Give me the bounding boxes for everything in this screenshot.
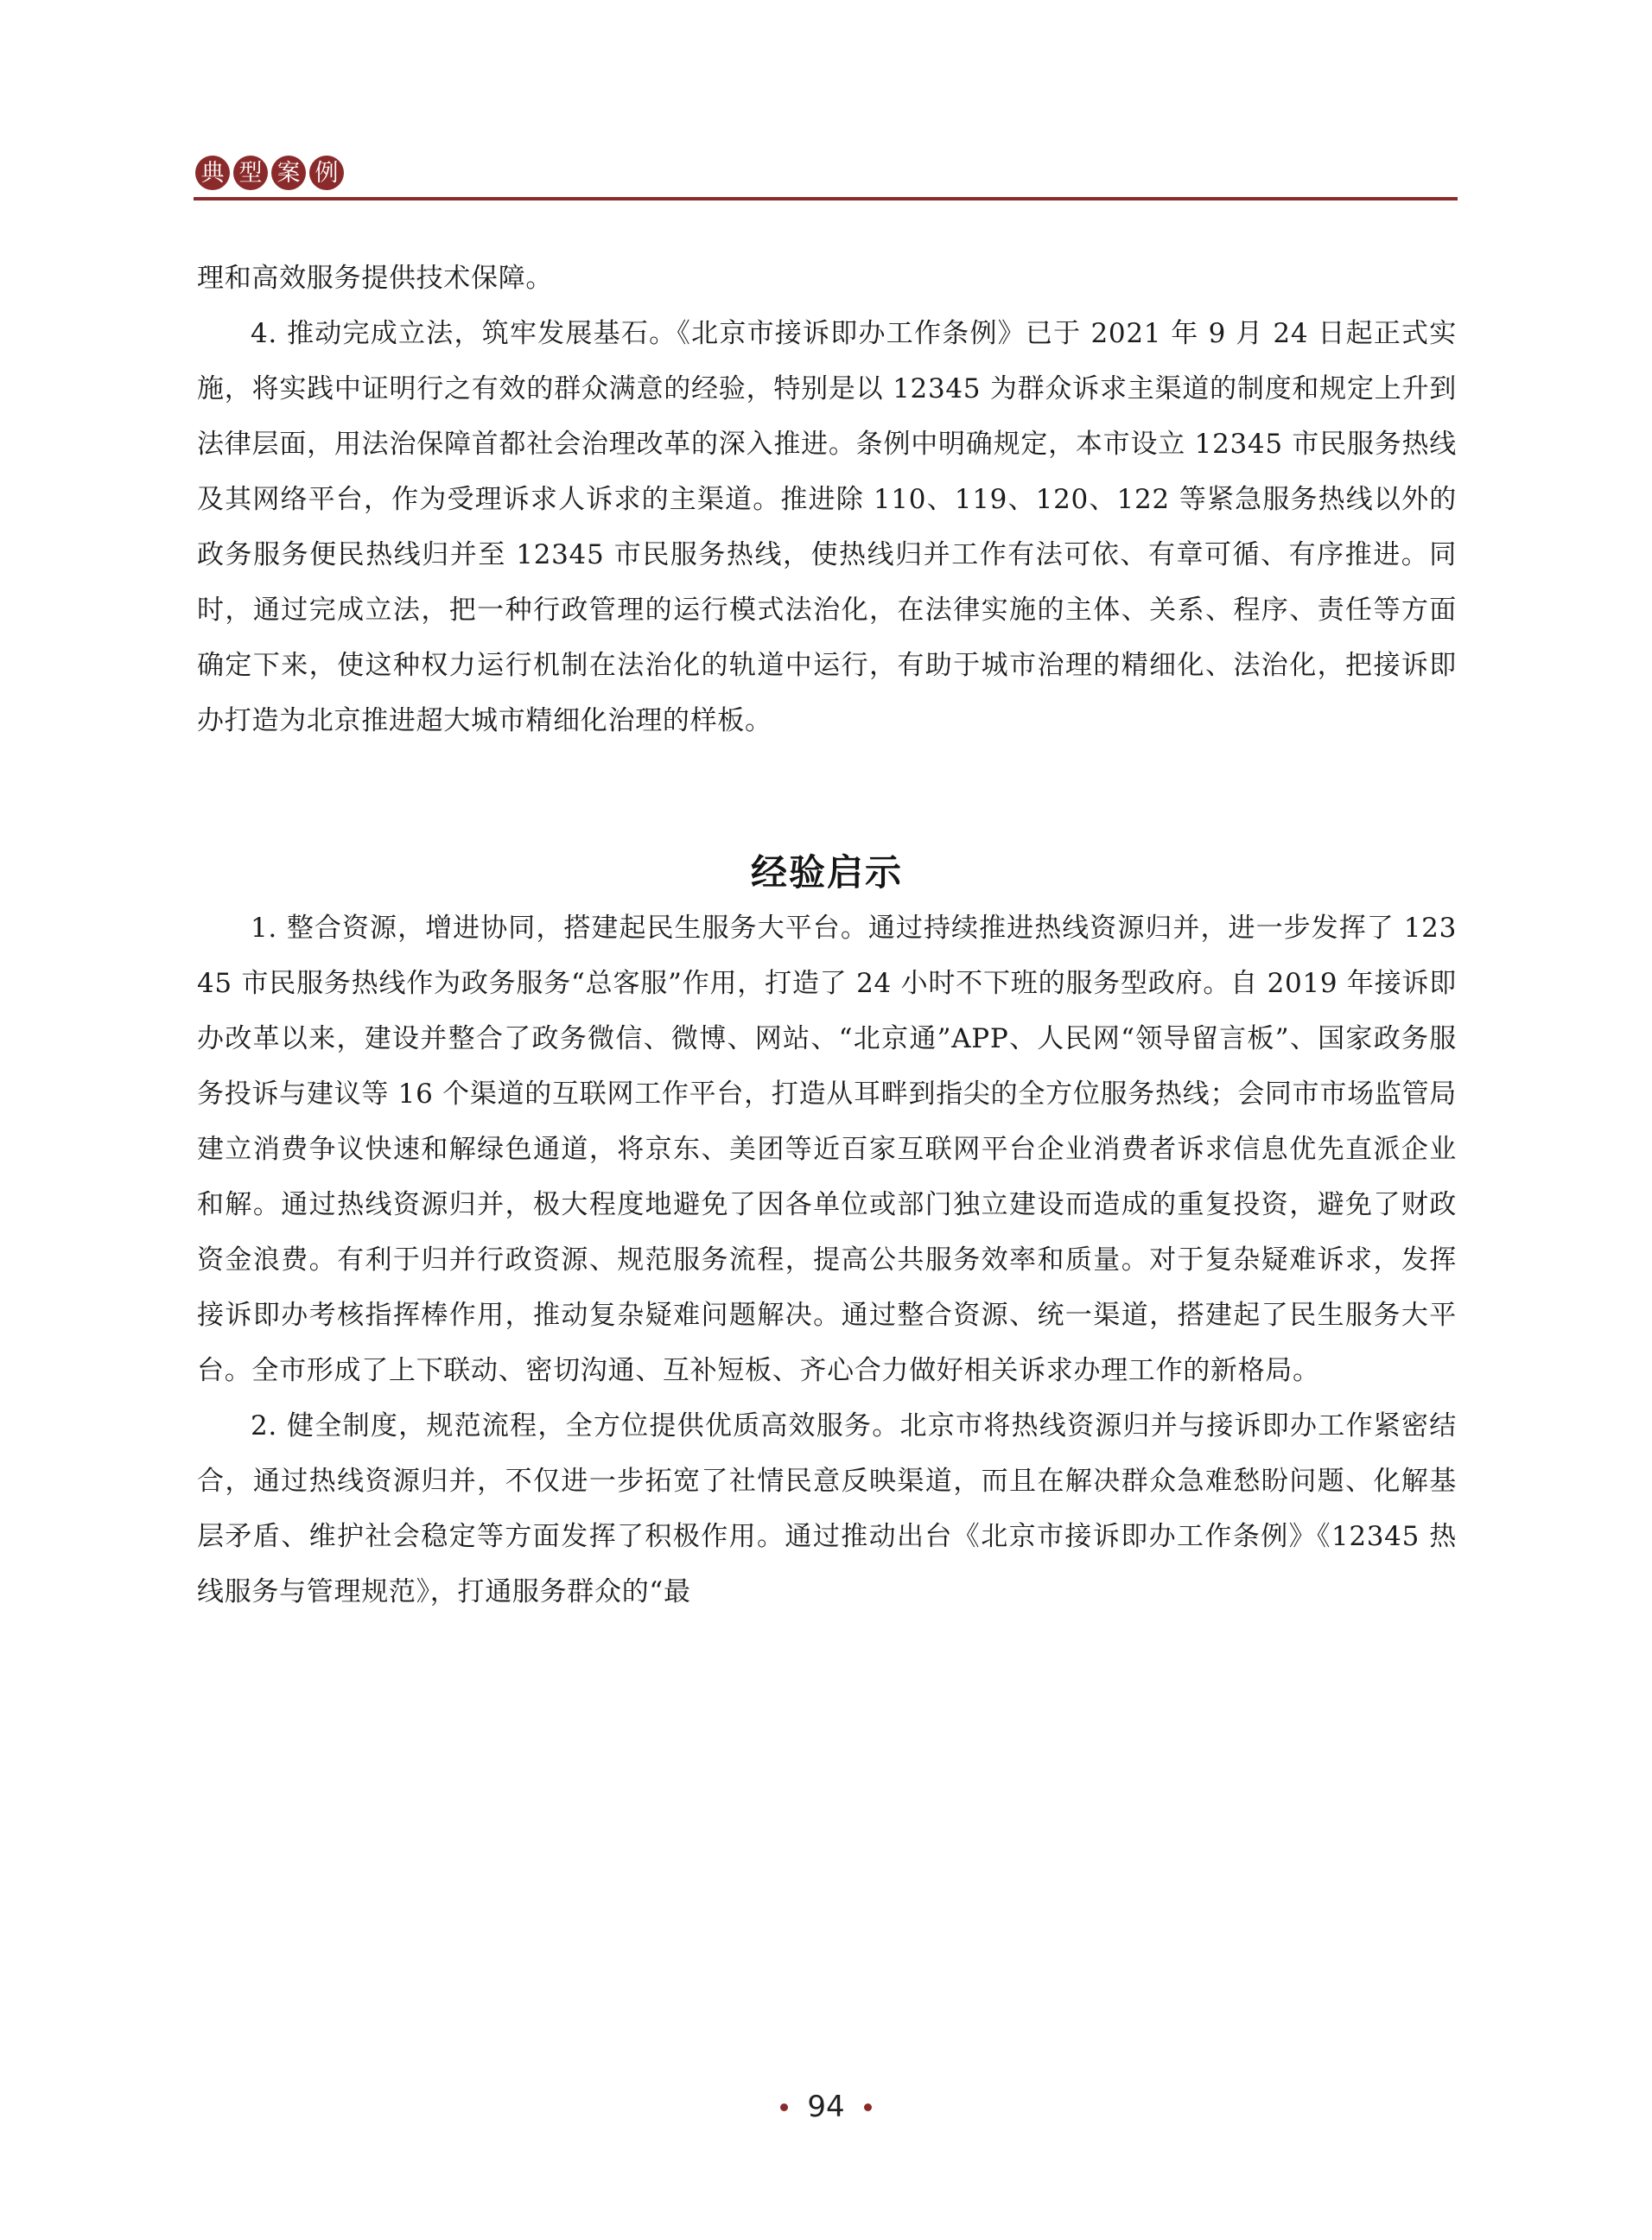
header-badge: 型	[233, 156, 268, 190]
paragraph-continuation: 理和高效服务提供技术保障。	[197, 251, 1457, 306]
header-badge: 典	[195, 156, 230, 190]
section-header-badges: 典 型 案 例	[195, 156, 344, 190]
bullet-dot-icon	[864, 2103, 872, 2111]
page-number: 94	[0, 2090, 1652, 2124]
header-badge: 例	[309, 156, 344, 190]
page-number-text: 94	[807, 2090, 844, 2124]
header-badge: 案	[271, 156, 306, 190]
paragraph-legislation: 4. 推动完成立法，筑牢发展基石。《北京市接诉即办工作条例》已于 2021 年 …	[197, 306, 1457, 748]
paragraph-lesson-1: 1. 整合资源，增进协同，搭建起民生服务大平台。通过持续推进热线资源归并，进一步…	[197, 900, 1457, 1398]
header-divider	[194, 197, 1458, 200]
section-heading: 经验启示	[197, 748, 1457, 900]
page-body: 理和高效服务提供技术保障。 4. 推动完成立法，筑牢发展基石。《北京市接诉即办工…	[197, 251, 1457, 1620]
paragraph-lesson-2: 2. 健全制度，规范流程，全方位提供优质高效服务。北京市将热线资源归并与接诉即办…	[197, 1398, 1457, 1620]
bullet-dot-icon	[780, 2103, 788, 2111]
